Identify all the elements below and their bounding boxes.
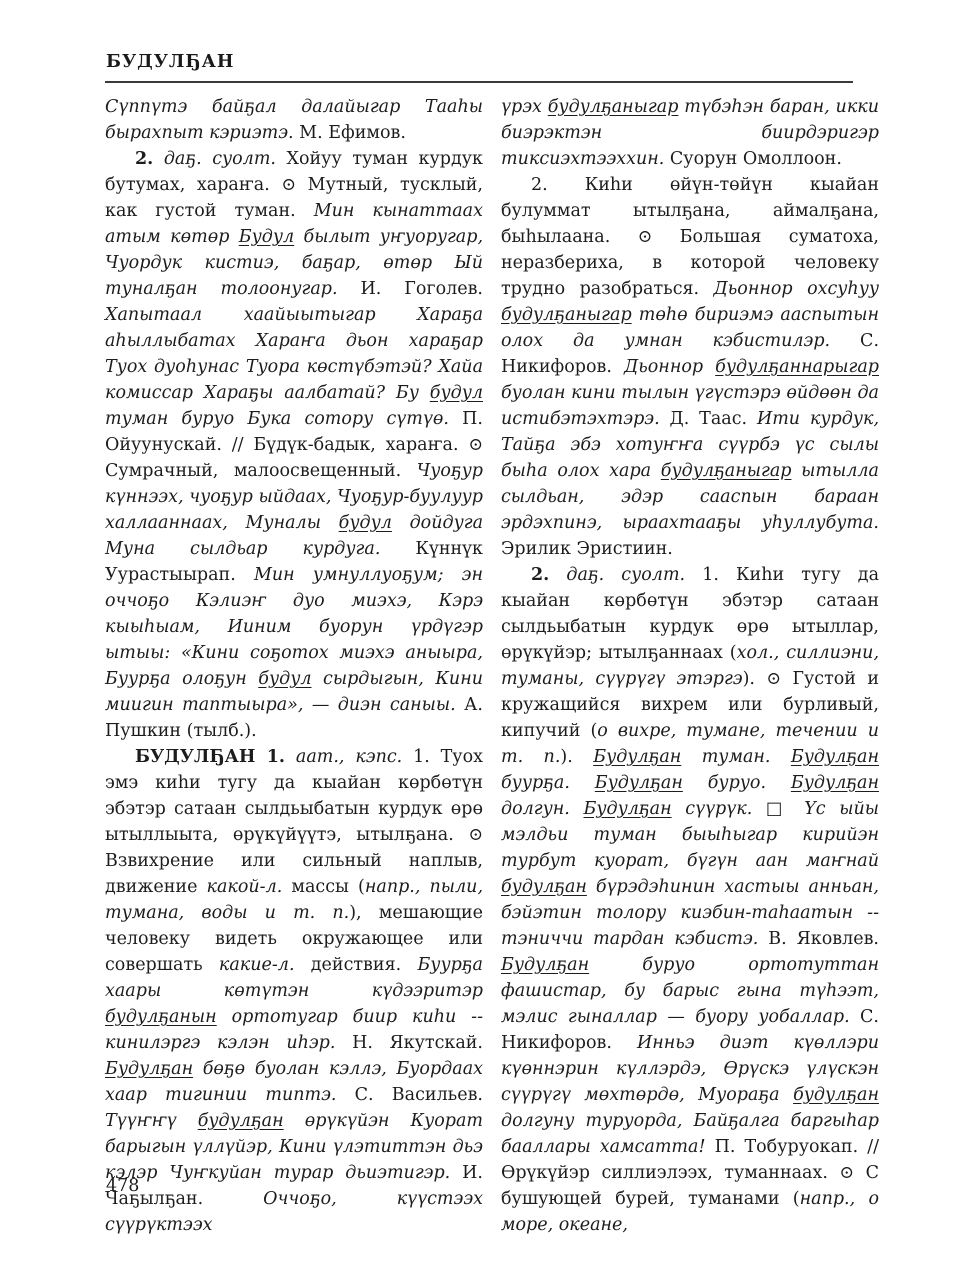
text-segment: Будулҕан	[791, 747, 879, 767]
text-segment: Түүҥҥү	[105, 1111, 198, 1131]
text-columns: Сүппүтэ байҕал далайыгар Тааһы бырахпыт …	[105, 94, 879, 1238]
text-segment: будулҕаныгар	[501, 305, 632, 325]
text-segment: будул	[339, 513, 392, 533]
text-segment: 1. Туох эмэ киһи тугу да кыайан көрбөтүн…	[105, 747, 483, 897]
text-segment: Будулҕан	[501, 955, 589, 975]
text-segment: буурҕа.	[501, 773, 595, 793]
text-segment: какие-л.	[219, 955, 295, 975]
entry-paragraph: 2. Киһи өйүн-төйүн кыайан булуммат ытылҕ…	[501, 172, 879, 562]
text-segment: Будулҕан	[105, 1059, 193, 1079]
dictionary-page: БУДУЛҔАН Сүппүтэ байҕал далайыгар Тааһы …	[0, 0, 959, 1274]
right-column: үрэх будулҕаныгар түбэһэн баран, икки би…	[501, 94, 879, 1238]
text-segment: Дьоннор	[624, 357, 715, 377]
running-head-guideword: БУДУЛҔАН	[106, 52, 234, 72]
text-segment: үрэх	[501, 97, 548, 117]
text-segment: БУДУЛҔАН 1.	[135, 747, 285, 767]
text-segment: Д. Таас.	[660, 409, 757, 429]
text-segment: туман буруо Бука сотору сүтүө.	[105, 409, 449, 429]
text-segment: будулҕан	[198, 1111, 284, 1131]
text-segment: Будулҕан	[791, 773, 879, 793]
entry-paragraph: БУДУЛҔАН 1. аат., кэпс. 1. Туох эмэ киһи…	[105, 744, 483, 1238]
text-segment: Эрилик Эристиин.	[501, 539, 673, 559]
text-segment: И. Гоголев.	[338, 279, 483, 299]
text-segment: будулҕан	[501, 877, 587, 897]
text-segment: М. Ефимов.	[294, 123, 406, 143]
text-segment: будулҕаныгар	[661, 461, 792, 481]
entry-paragraph: 2. даҕ. суолт. Хойуу туман курдук бутума…	[105, 146, 483, 744]
text-segment: Будулҕан	[584, 799, 672, 819]
text-segment: сүүрүк.	[672, 799, 753, 819]
text-segment: будулҕанын	[105, 1007, 217, 1027]
text-segment: ).	[560, 747, 593, 767]
text-segment: какой-л.	[207, 877, 283, 897]
left-column: Сүппүтэ байҕал далайыгар Тааһы бырахпыт …	[105, 94, 483, 1238]
text-segment: Хапытаал хаайыытыгар Хараҕа аһыллыбатах …	[105, 305, 483, 403]
text-segment: будулҕаныгар	[548, 97, 679, 117]
page-number: 478	[106, 1176, 139, 1196]
text-segment: массы (	[282, 877, 365, 897]
text-segment: Н. Якутскай.	[335, 1033, 483, 1053]
text-segment: 2.	[531, 565, 549, 585]
text-segment: даҕ. суолт.	[153, 149, 276, 169]
text-segment: аат., кэпс.	[285, 747, 402, 767]
text-segment: буруо.	[683, 773, 791, 793]
text-segment: Будул	[239, 227, 294, 247]
text-segment: долгун.	[501, 799, 584, 819]
text-segment: будул	[258, 669, 311, 689]
text-segment: С. Васильев.	[336, 1085, 483, 1105]
text-segment: □	[752, 799, 804, 819]
entry-paragraph: үрэх будулҕаныгар түбэһэн баран, икки би…	[501, 94, 879, 172]
text-segment: Будулҕан	[593, 747, 681, 767]
entry-paragraph: Сүппүтэ байҕал далайыгар Тааһы бырахпыт …	[105, 94, 483, 146]
text-segment: Будулҕан	[595, 773, 683, 793]
entry-paragraph: 2. даҕ. суолт. 1. Киһи тугу да кыайан кө…	[501, 562, 879, 1238]
text-segment: Дьоннор охсуһуу	[714, 279, 879, 299]
text-segment: даҕ. суолт.	[549, 565, 685, 585]
text-segment: будулҕаннарыгар	[715, 357, 879, 377]
text-segment: В. Яковлев.	[758, 929, 879, 949]
text-segment: Суорун Омоллоон.	[664, 149, 842, 169]
text-segment: будул	[430, 383, 483, 403]
text-segment: туман.	[681, 747, 791, 767]
text-segment: 2.	[135, 149, 153, 169]
header-rule	[105, 81, 853, 83]
text-segment: действия.	[295, 955, 418, 975]
text-segment: будулҕан	[793, 1085, 879, 1105]
